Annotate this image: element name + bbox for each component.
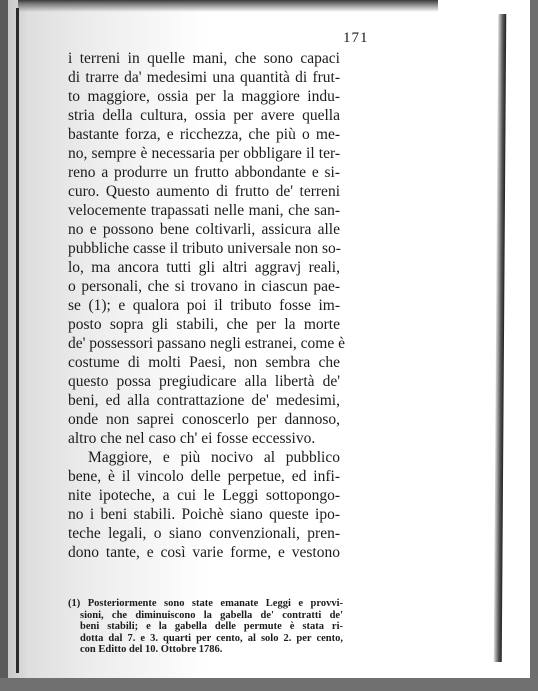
text-line: no e possono bene coltivarli, assicura a… bbox=[68, 220, 340, 239]
body-text: i terreni in quelle mani, che sono capac… bbox=[68, 49, 340, 562]
text-line: nite ipoteche, a cui le Leggi sottopongo… bbox=[68, 486, 340, 505]
footnote-line: dotta dal 7. e 3. quarti per cento, al s… bbox=[68, 633, 343, 645]
text-line: se (1); e qualora poi il tributo fosse i… bbox=[68, 296, 340, 315]
top-edge-shadow bbox=[18, 0, 438, 12]
text-line: o personali, che si trovano in ciascun p… bbox=[68, 277, 340, 296]
footnote-line: beni stabili; e la gabella delle permute… bbox=[68, 621, 343, 633]
footnote-line: con Editto del 10. Ottobre 1786. bbox=[68, 644, 343, 656]
text-line: costume di molti Paesi, non sembra che bbox=[68, 353, 340, 372]
text-line: onde non saprei conoscerlo per dannoso, bbox=[68, 410, 340, 429]
text-line: i terreni in quelle mani, che sono capac… bbox=[68, 49, 340, 68]
page-number: 171 bbox=[343, 30, 369, 47]
text-line: questo possa pregiudicare alla libertà d… bbox=[68, 372, 340, 391]
text-line: altro che nel caso ch' ei fosse eccessiv… bbox=[68, 429, 340, 448]
text-line: posto sopra gli stabili, che per la mort… bbox=[68, 315, 340, 334]
text-line: beni, ed alla contrattazione de' medesim… bbox=[68, 391, 340, 410]
footnote-line: (1) Posteriormente sono state emanate Le… bbox=[68, 598, 343, 610]
text-line: velocemente trapassati nelle mani, che s… bbox=[68, 201, 340, 220]
text-line: dono tante, e così varie forme, e veston… bbox=[68, 543, 340, 562]
text-line: teche legali, o siano convenzionali, pre… bbox=[68, 524, 340, 543]
scanner-left-margin bbox=[0, 0, 8, 691]
scanner-bottom-margin bbox=[0, 678, 538, 691]
text-line: lo, ma ancora tutti gli altri aggravj re… bbox=[68, 258, 340, 277]
footnote-line: sioni, che diminuiscono la gabella de' c… bbox=[68, 610, 343, 622]
text-line: stria della cultura, ossia per avere que… bbox=[68, 106, 340, 125]
text-line: no i beni stabili. Poichè siano queste i… bbox=[68, 505, 340, 524]
text-line: to maggiore, ossia per la maggiore indu- bbox=[68, 87, 340, 106]
text-line: no, sempre è necessaria per obbligare il… bbox=[68, 144, 340, 163]
text-line: di trarre da' medesimi una quantità di f… bbox=[68, 68, 340, 87]
binding-line bbox=[16, 8, 19, 673]
paragraph-start-line: Maggiore, e più nocivo al pubblico bbox=[68, 448, 340, 467]
book-page: 171 i terreni in quelle mani, che sono c… bbox=[8, 0, 530, 678]
page-right-edge bbox=[494, 14, 507, 662]
text-line: de' possessori passano negli estranei, c… bbox=[68, 334, 340, 353]
text-line: curo. Questo aumento di frutto de' terre… bbox=[68, 182, 340, 201]
footnote: (1) Posteriormente sono state emanate Le… bbox=[68, 598, 343, 656]
text-line: bastante forza, e ricchezza, che più o m… bbox=[68, 125, 340, 144]
text-line: pubbliche casse il tributo universale no… bbox=[68, 239, 340, 258]
text-line: bene, è il vincolo delle perpetue, ed in… bbox=[68, 467, 340, 486]
text-line: reno a produrre un frutto abbondante e s… bbox=[68, 163, 340, 182]
